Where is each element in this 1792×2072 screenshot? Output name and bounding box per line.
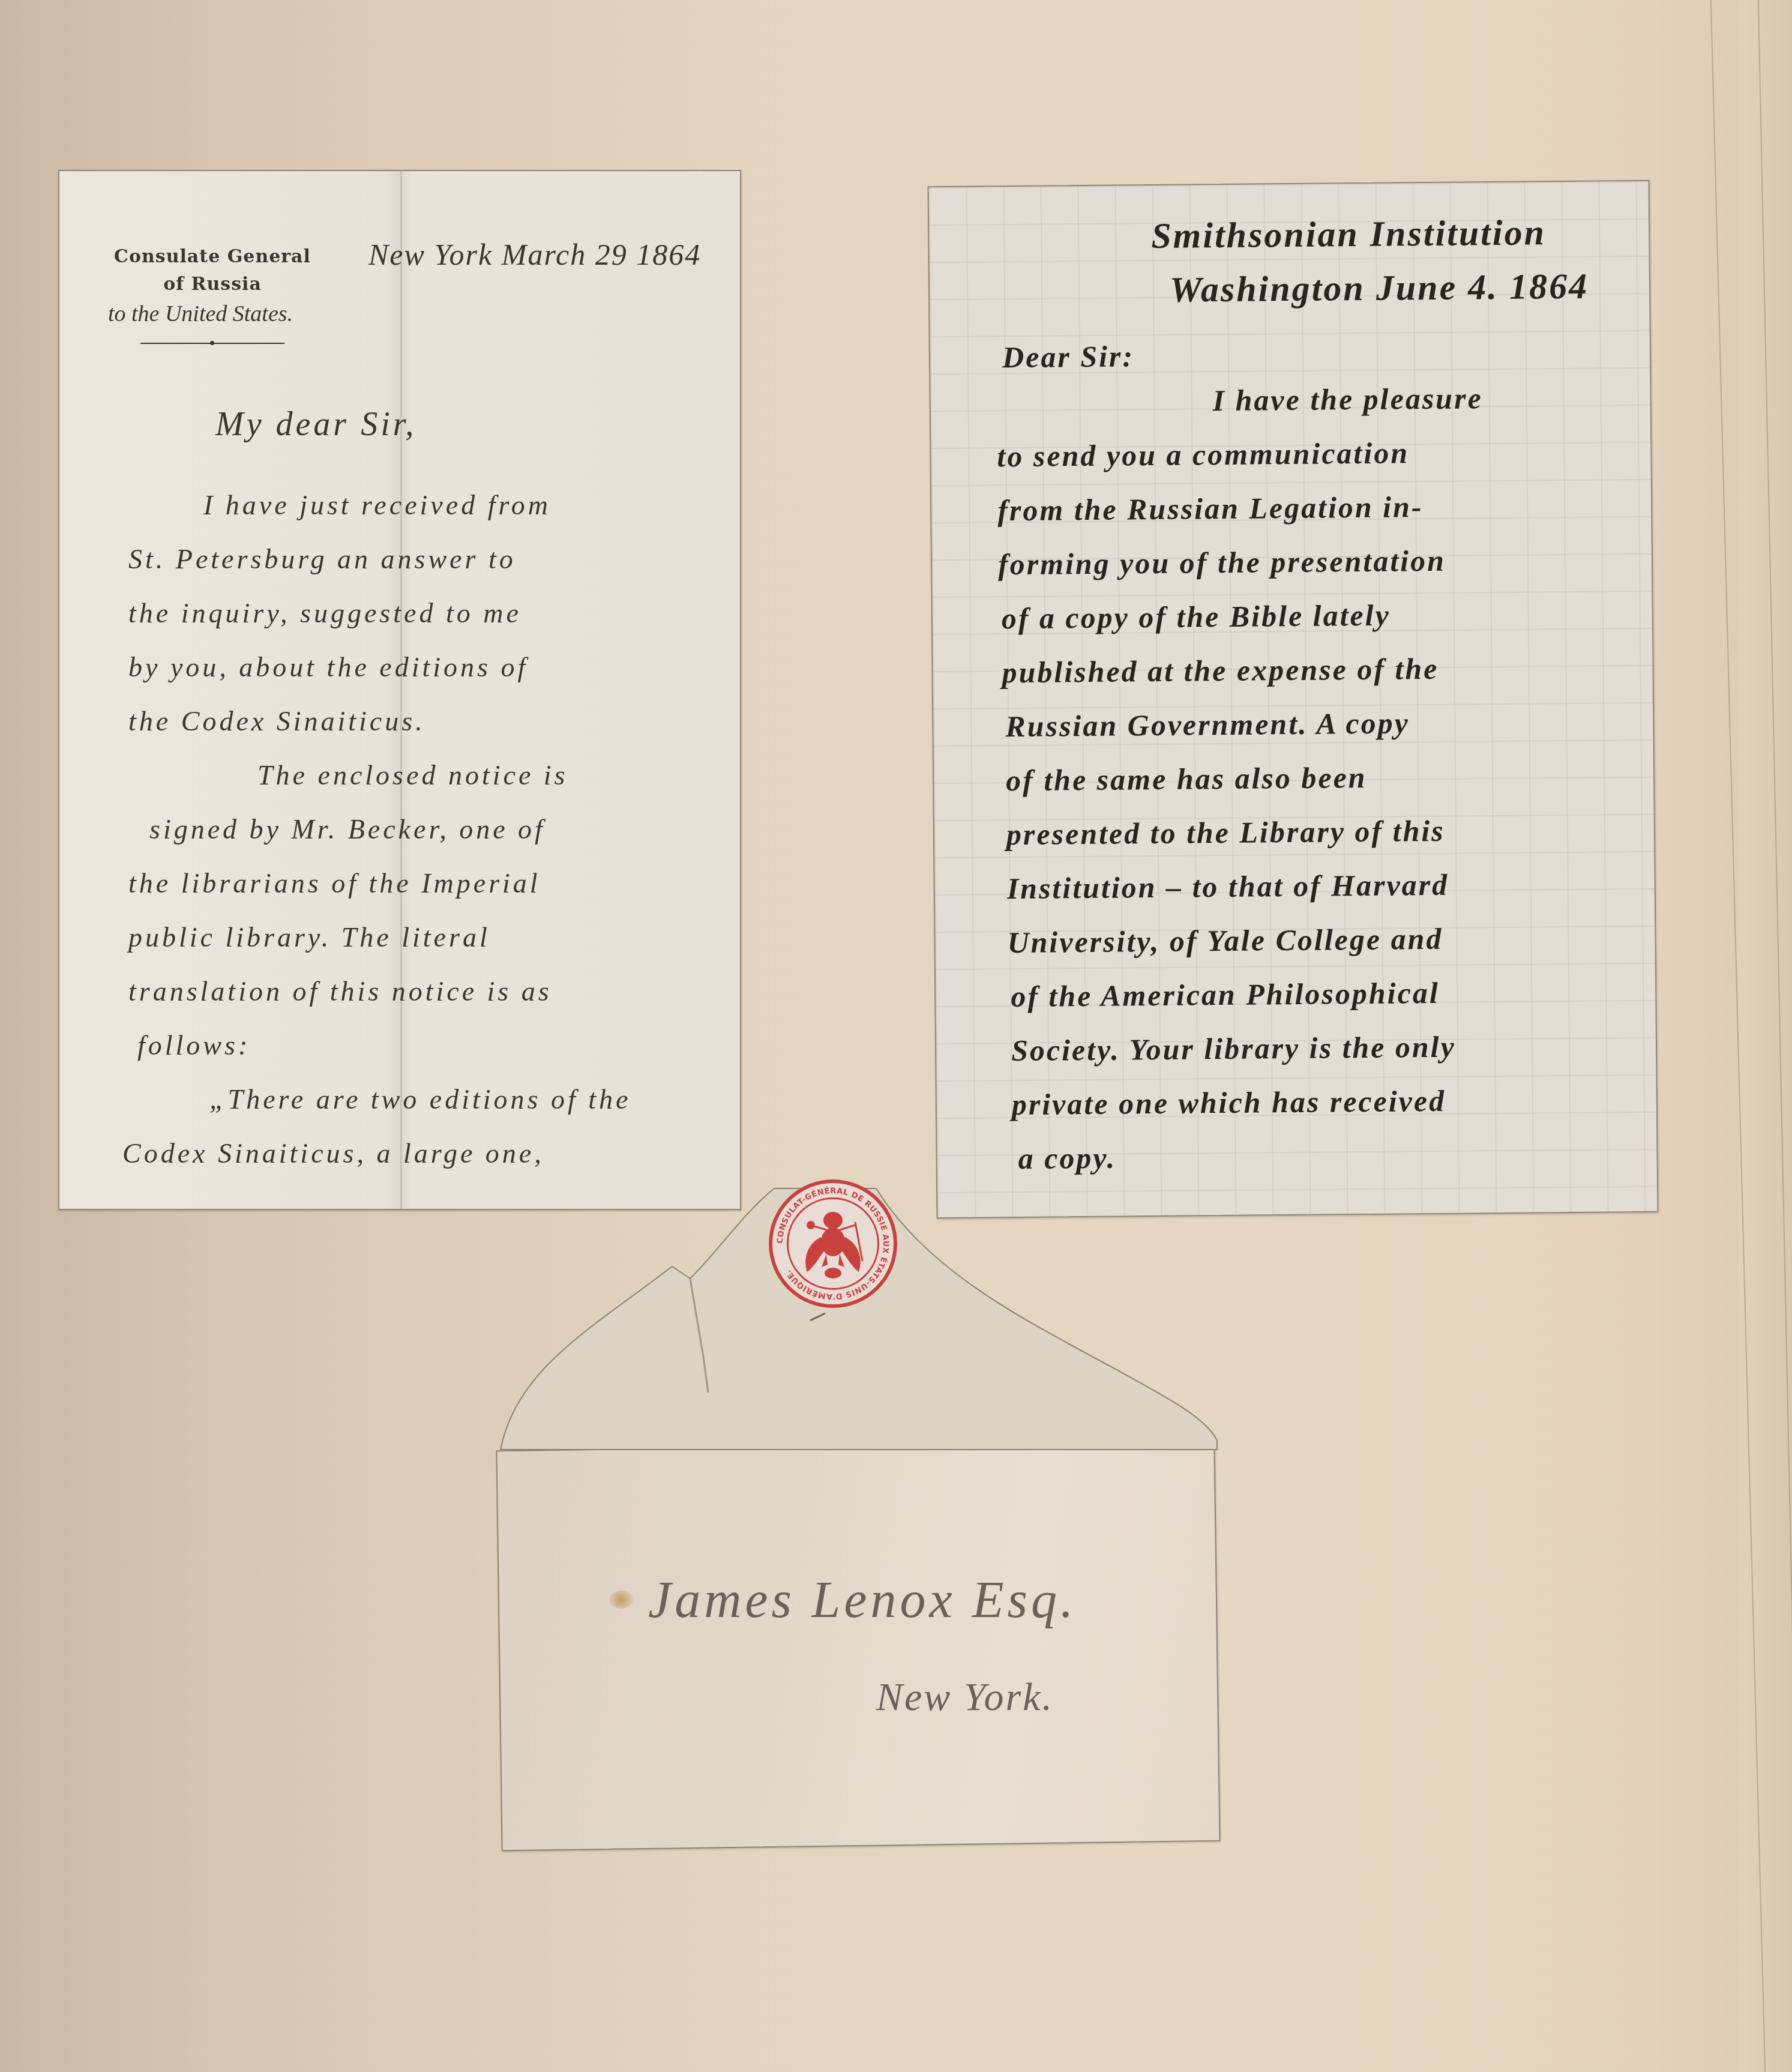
envelope-addressee: James Lenox Esq. <box>648 1570 1077 1630</box>
body-line: the inquiry, suggested to me <box>128 597 522 629</box>
letterhead-line-2: of Russia <box>86 271 338 298</box>
body-line: I have the pleasure <box>1212 381 1483 418</box>
body-line: published at the expense of the <box>1002 651 1439 690</box>
body-line: to send you a communication <box>997 435 1409 474</box>
body-line: St. Petersburg an answer to <box>128 543 516 575</box>
heading-line-2: Washington June 4. 1864 <box>1170 266 1589 311</box>
fold-line <box>400 171 402 1209</box>
body-line: The enclosed notice is <box>257 759 568 791</box>
letterhead: Consulate General of Russia to the Unite… <box>86 243 338 344</box>
body-line: Institution – to that of Harvard <box>1006 867 1449 906</box>
heading-line-1: Smithsonian Institution <box>1151 212 1546 257</box>
consular-seal: CONSULAT-GÉNÉRAL DE RUSSIE AUX ÉTATS-UNI… <box>769 1179 897 1308</box>
body-line: of the American Philosophical <box>1011 975 1440 1014</box>
envelope-city: New York. <box>876 1675 1054 1720</box>
body-line: „There are two editions of the <box>209 1083 631 1115</box>
letterhead-rule <box>140 343 284 344</box>
body-line: Russian Government. A copy <box>1005 705 1410 744</box>
double-headed-eagle-icon: CONSULAT-GÉNÉRAL DE RUSSIE AUX ÉTATS-UNI… <box>772 1183 894 1304</box>
body-line: signed by Mr. Becker, one of <box>149 813 546 845</box>
body-line: forming you of the presentation <box>998 543 1446 582</box>
body-line: by you, about the editions of <box>128 651 528 683</box>
dateline: New York March 29 1864 <box>368 237 701 272</box>
salutation: My dear Sir, <box>215 405 416 444</box>
body-line: I have just received from <box>203 489 551 521</box>
envelope <box>496 1441 1220 1852</box>
body-line: public library. The literal <box>128 921 490 953</box>
smithsonian-letter: Smithsonian Institution Washington June … <box>928 180 1659 1218</box>
body-line: presented to the Library of this <box>1006 813 1445 852</box>
body-line: from the Russian Legation in- <box>997 489 1424 528</box>
body-line: private one which has received <box>1012 1083 1446 1122</box>
body-line: of the same has also been <box>1006 760 1367 798</box>
letterhead-line-1: Consulate General <box>86 243 338 271</box>
foxing-stain <box>609 1591 633 1609</box>
letterhead-line-3: to the United States. <box>62 298 338 330</box>
body-line: Codex Sinaiticus, a large one, <box>122 1137 544 1169</box>
body-line: of a copy of the Bible lately <box>1002 598 1391 636</box>
salutation: Dear Sir: <box>1002 339 1135 375</box>
body-line: University, of Yale College and <box>1007 921 1443 960</box>
body-line: a copy. <box>1018 1140 1116 1176</box>
body-line: the Codex Sinaiticus. <box>128 705 425 737</box>
consulate-letter: Consulate General of Russia to the Unite… <box>58 170 741 1210</box>
body-line: Society. Your library is the only <box>1011 1029 1456 1068</box>
body-line: follows: <box>137 1029 250 1061</box>
body-line: translation of this notice is as <box>128 975 552 1007</box>
body-line: the librarians of the Imperial <box>128 867 541 899</box>
